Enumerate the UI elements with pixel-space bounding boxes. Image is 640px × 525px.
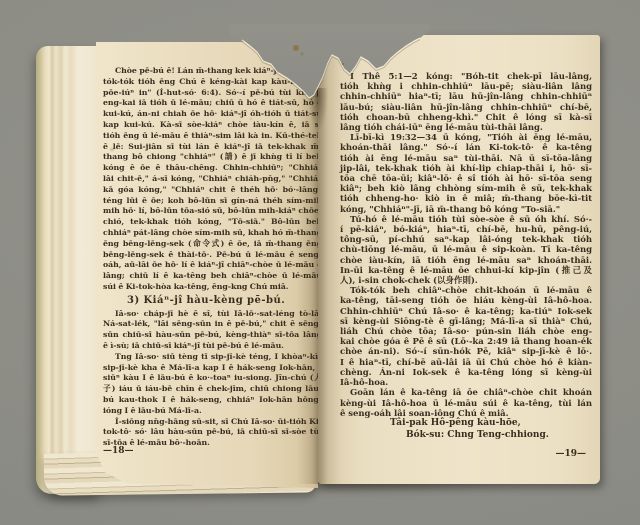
text-line: chòe iàu-kín, iā tióh ēng lé-māu saⁿ kho… — [340, 256, 592, 266]
page-number-right: —19— — [555, 449, 586, 459]
text-line: tok-tô· só· lâu hàu-sūn pē-bú, iā chiū-s… — [103, 427, 318, 438]
text-line: ê lē: Sui-jiân sī tùi lán ê kiáⁿ-jî iā t… — [103, 142, 318, 153]
text-line: pōe-iúⁿ in" (Í-hut-só· 6:4). Só·-í pē-bú… — [103, 88, 318, 99]
text-line: kai chòe góa ê Pē ê sū (Lō·-ka 2:49 iā t… — [340, 337, 592, 347]
text-line: eng-kai iā tióh ū lé-māu; chiū ū hó ê ti… — [103, 98, 318, 109]
text-line: oáh, aū-lâi ōe hō· lí ê kiáⁿ-jî chiâⁿ-ch… — [103, 260, 318, 271]
text-line: Tng Iâ-so· siū tèng tī sip-jī-kè téng, I… — [103, 352, 318, 363]
text-line: tók-tók tióh ēng Chú ê kéng-kài kap kàu-… — [103, 77, 318, 88]
text-line: chhiáⁿ pát-lâng chòe sím-mih sū, khah hó… — [103, 228, 318, 239]
text-line: 子) iáu ū iáu-bē chīn ê chek-jīm, chiū ch… — [103, 384, 318, 395]
text-line: tióh choan-bū chheng-khì." Chit ê lóng s… — [340, 113, 592, 123]
left-page: Chòe pē-bú ê! Lán m̄-thang kek kiáⁿ-jî ê… — [96, 42, 318, 488]
text-line: sī-tōa ê lé-māu bô·-hoān. — [103, 438, 318, 449]
text-line: bú kau-thok I ê hák-seng, chhiáⁿ Iok-hān… — [103, 395, 318, 406]
open-book: Chòe pē-bú ê! Lán m̄-thang kek kiáⁿ-jî ê… — [0, 0, 640, 525]
text-line: sī kèng-ùi Siōng-tè ê gī-lâng; Má-lī-a s… — [340, 317, 592, 327]
text-line: Iâ-hô-hoa. — [340, 378, 592, 388]
text-line: kā góa kóng," "Chhiáⁿ chit ê théh hō· bó… — [103, 185, 318, 196]
text-line: thang bô chiong "chhiáⁿ" (請) ê jī khǹg t… — [103, 152, 318, 163]
text-line: tióh ài ēng lé-māu saⁿ tùi-thāi. Nā ū sī… — [340, 154, 592, 164]
signature-line-pastor: Bók-su: Chng Teng-chhiong. — [340, 429, 592, 441]
text-line: Í-siōng nn̄g-hāng sū-sit, sī Chú Iâ-so· … — [103, 417, 318, 428]
text-line: khoán-thāi lâng." Só·-í lán Ki-tok-tô· ê… — [340, 143, 592, 153]
page-edge-stack-left — [36, 46, 100, 494]
right-page-text: I Thê 5:1—2 kóng: "Bóh-tit chek-pī lāu-l… — [340, 72, 592, 419]
text-line: lâng tióh chái-iūⁿ ēng lé-māu tùi-thāi l… — [340, 123, 592, 133]
text-line: bēng-lēng-sek ê thài-tō·. Pē-bú ū lé-māu… — [103, 250, 318, 261]
text-line: súi ê Ki-tok-hòa ka-têng, êng-kng Chú mi… — [103, 282, 318, 293]
text-line: kiâⁿ; beh kiò lâng chhòng sím-mih ê sū, … — [340, 184, 592, 194]
text-line: liáh Chú chòe tōa; Iâ-so· pún-sin liáh c… — [340, 327, 592, 337]
text-line: Ná-sat-lék, "lâi sēng-sūn in ê pē-bú," c… — [103, 319, 318, 330]
text-line: sūn chiū-sī hàu-sūn pē-bú, kèng-thiàⁿ sī… — [103, 330, 318, 341]
text-line: ê ì-sù; iā chiū-sī kiáⁿ-jî tùi pē-bú ê l… — [103, 341, 318, 352]
text-line: Tú-hó ê lé-māu tióh tùi sòe-sòe ê sū óh … — [340, 215, 592, 225]
text-line: Lī-bī-kì 19:32—34 ū kóng, "Tióh ài ēng l… — [340, 133, 592, 143]
right-page: I Thê 5:1—2 kóng: "Bóh-tit chek-pī lāu-l… — [318, 35, 600, 484]
text-line: kèng-ùi Iâ-hô-hoa ū lé-māu súi ê ka-têng… — [340, 399, 592, 409]
text-line: í pē-kiáⁿ, bó-kiáⁿ, hiaⁿ-tī, chí-bē, hu-… — [340, 225, 592, 235]
text-line: Chòe pē-bú ê! Lán m̄-thang kek kiáⁿ-jî ê… — [103, 66, 318, 77]
page-number-left: —18— — [103, 446, 134, 456]
text-line: lâi chit-ē," á-sī kóng, "Chhiáⁿ chiáh-pn… — [103, 174, 318, 185]
text-line: siūⁿ kàu I ê lāu-bú ê ko·-toaⁿ iu-siong.… — [103, 373, 318, 384]
text-line: I Thê 5:1—2 kóng: "Bóh-tit chek-pī lāu-l… — [340, 72, 592, 82]
text-line: chhin-chhiūⁿ hiaⁿ-tī; lāu hū-jîn-lâng ch… — [340, 92, 592, 102]
signature-block: Tâi-pak Hô-pêng kàu-hōe, Bók-su: Chng Te… — [340, 417, 592, 441]
scene-background: { "document_type": "scanned open book, r… — [0, 0, 640, 525]
text-line: Chhin-chhiūⁿ Chú Iâ-so· ê ka-têng; ka-ti… — [340, 307, 592, 317]
text-line: Goān lán ê ka-têng iā ōe chiâⁿ-chòe chit… — [340, 388, 592, 398]
text-line: chió, tek-khak tióh kóng, "Tō-siā." Bô-l… — [103, 217, 318, 228]
text-line: tōa chē tōa-ūi; kiâⁿ-lō· ê sî tióh ài hō… — [340, 174, 592, 184]
text-line: kap kui-kú. Kà-sī sòe-kiáⁿ chòe iàu-kín … — [103, 120, 318, 131]
text-line: Iâ-so· cháp-jī hè ê sî, tùi Iâ-lō·-sat-l… — [103, 309, 318, 320]
text-line: tông-sū, pí-chhú saⁿ-kap lâi-óng tek-kha… — [340, 235, 592, 245]
text-line: mih hō· lí, bô-lūn tōa-sió sū, bô-lūn mi… — [103, 206, 318, 217]
text-line: Tók-tók beh chiâⁿ-chòe chit-khoán ū lé-m… — [340, 286, 592, 296]
text-line: tióh khǹg i chhin-chhiūⁿ lāu-pē; siàu-li… — [340, 82, 592, 92]
signature-line-church: Tâi-pak Hô-pêng kàu-hōe, — [340, 417, 592, 429]
text-line: kui-kú, án-ni chiah ōe hō· kiáⁿ-jî óh-ti… — [103, 109, 318, 120]
left-page-text: Chòe pē-bú ê! Lán m̄-thang kek kiáⁿ-jî ê… — [103, 66, 318, 449]
text-line: téng lūi ê ōe; koh bô-lūn sī gín-ná théh… — [103, 196, 318, 207]
text-line: tióh chheng-ho· kiò in ê miâ; m̄-thang b… — [340, 194, 592, 204]
text-line: ióng I ê lāu-bú Má-lī-a. — [103, 406, 318, 417]
text-line: tióh ēng ū lé-māu ê thiàⁿ-sim lâi kà in.… — [103, 131, 318, 142]
text-line: lāu-bú; siàu-liân hū-jîn-lâng chhin-chhi… — [340, 103, 592, 113]
text-line: kóng, "Chhiáⁿ"-jī, iā m̄-thang bô kóng "… — [340, 205, 592, 215]
text-line: chù-tiōng lé-māu, ū lé-māu ê sip-koàn. T… — [340, 245, 592, 255]
text-line: 人), i-sin chok-chek (以身作則). — [340, 276, 592, 286]
text-line: ēng bēng-lēng-sek (命令式) ê ōe, iā m̄-than… — [103, 239, 318, 250]
text-line: chèng. Án-ni Iok-sek ê ka-têng lóng sī k… — [340, 368, 592, 378]
text-line: jip-lâi, tek-khak tióh ài khí-lip chiap-… — [340, 164, 592, 174]
text-line: kóng ê ōe ê thâu-chêng. Chhin-chhiūⁿ; "C… — [103, 163, 318, 174]
text-line: ka-têng, tāi-seng tióh ōe hiáu kèng-ùi I… — [340, 296, 592, 306]
text-line: lâng; chiū lí ê ka-têng beh chiâⁿ-chòe ū… — [103, 271, 318, 282]
text-line: sip-jī-kè kha ê Má-lī-a kap I ê hák-seng… — [103, 363, 318, 374]
text-line: In-ūi ka-têng ê lé-māu ōe chhui-kí kip-j… — [340, 266, 592, 276]
section-heading: 3) Kiáⁿ-jî hàu-kèng pē-bú. — [103, 296, 318, 307]
text-line: chòe án-ni). Só·-í sūn-hók Pē, kiâⁿ sip-… — [340, 347, 592, 357]
text-line: I ê hiaⁿ-tī, chí-bē aū-lâi iā ūi Chú chò… — [340, 358, 592, 368]
